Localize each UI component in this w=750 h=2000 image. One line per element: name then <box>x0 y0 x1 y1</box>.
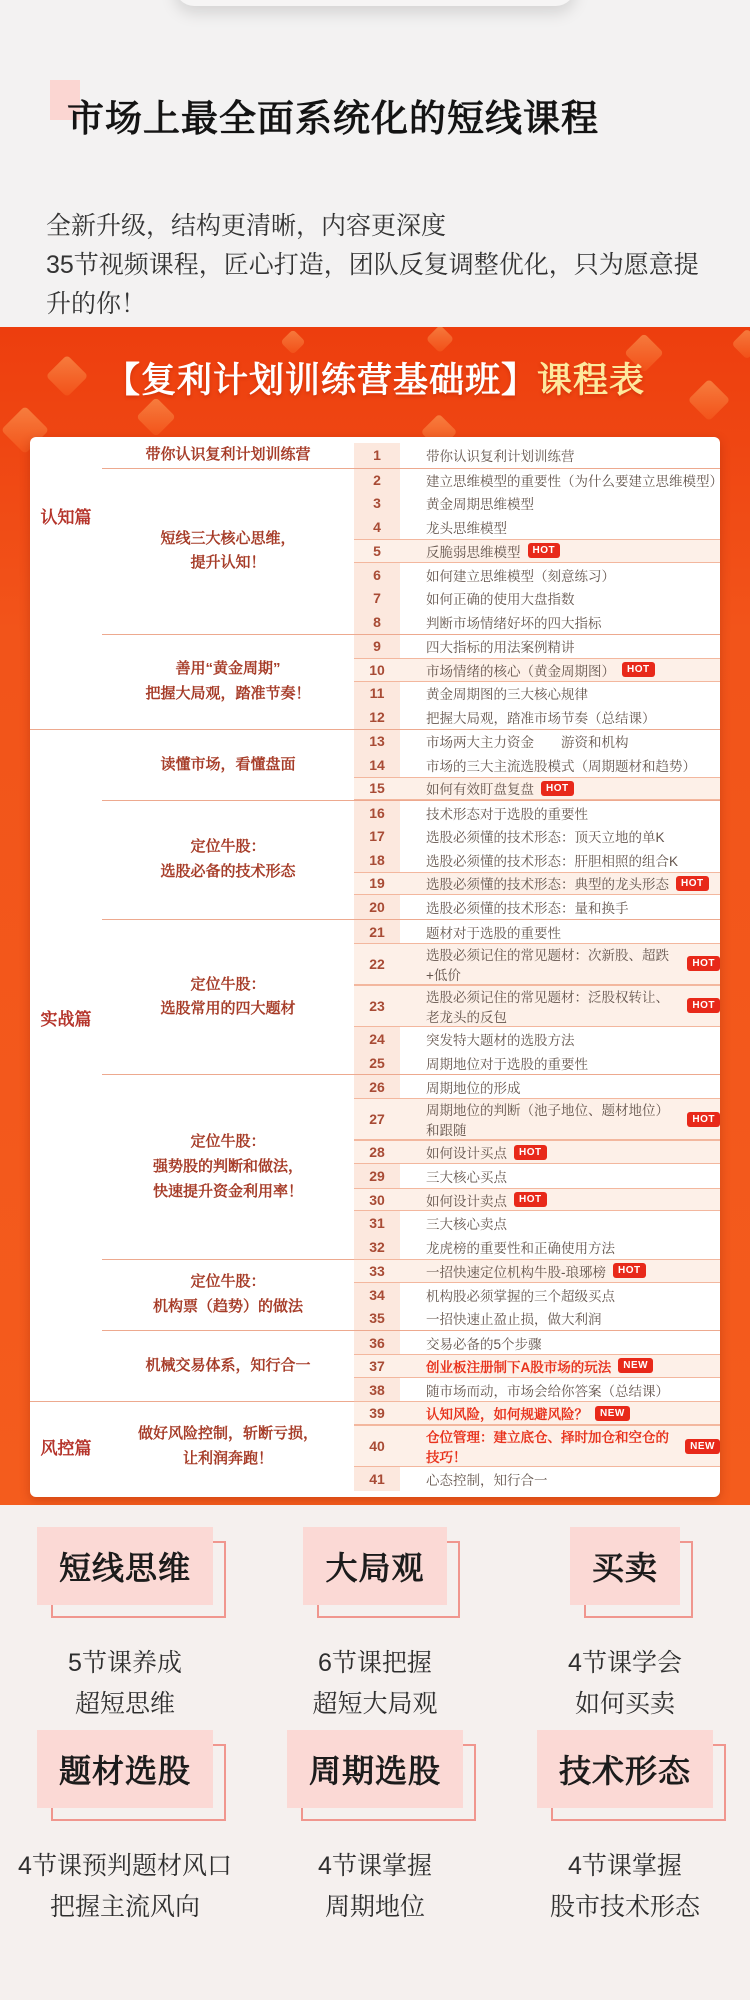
lesson-title: 如何正确的使用大盘指数 <box>426 588 575 608</box>
lesson-row: 仓位管理：建立底仓、择时加仓和空仓的技巧！NEW <box>400 1425 720 1467</box>
lesson-title: 建立思维模型的重要性（为什么要建立思维模型） <box>426 470 720 490</box>
lesson-title: 周期地位对于选股的重要性 <box>426 1053 588 1073</box>
lesson-title: 心态控制，知行合一 <box>426 1469 548 1489</box>
feature-badge-label: 周期选股 <box>287 1730 463 1808</box>
lesson-row: 建立思维模型的重要性（为什么要建立思维模型） <box>400 468 720 492</box>
feature-description: 4节课掌握周期地位 <box>318 1846 432 1927</box>
decor-cube <box>731 328 750 359</box>
lesson-number: 21 <box>354 919 400 943</box>
lesson-row: 选股必须懂的技术形态：顶天立地的单K <box>400 824 720 848</box>
lesson-row: 一招快速止盈止损，做大利润 <box>400 1306 720 1330</box>
lesson-title: 机构股必须掌握的三个超级买点 <box>426 1285 615 1305</box>
decor-cube <box>280 329 305 354</box>
lesson-title: 突发特大题材的选股方法 <box>426 1029 575 1049</box>
course-table-card: 认知篇实战篇风控篇带你认识复利计划训练营短线三大核心思维，提升认知！善用“黄金周… <box>30 437 720 1497</box>
lesson-number: 35 <box>354 1306 400 1330</box>
lesson-title: 认知风险，如何规避风险？ <box>426 1403 588 1423</box>
lesson-row: 周期地位的判断（池子地位、题材地位）和跟随HOT <box>400 1098 720 1140</box>
lesson-number: 3 <box>354 492 400 516</box>
subtitle-line-1: 全新升级，结构更清晰，内容更深度 <box>46 207 706 246</box>
feature-badge-label: 短线思维 <box>37 1527 213 1605</box>
lesson-row: 反脆弱思维模型HOT <box>400 539 720 563</box>
lesson-number: 1 <box>354 443 400 468</box>
lesson-row: 心态控制，知行合一 <box>400 1467 720 1491</box>
lesson-title: 把握大局观，踏准市场节奏（总结课） <box>426 707 656 727</box>
lesson-number: 27 <box>354 1098 400 1140</box>
lesson-number: 18 <box>354 848 400 872</box>
lesson-number: 25 <box>354 1051 400 1075</box>
lesson-title: 带你认识复利计划训练营 <box>426 445 575 465</box>
lesson-row: 带你认识复利计划训练营 <box>400 443 720 468</box>
subtitle-line-2: 35节视频课程，匠心打造，团队反复调整优化，只为愿意提升的你！ <box>46 246 706 324</box>
lesson-title: 创业板注册制下A股市场的玩法 <box>426 1356 611 1376</box>
lesson-number: 6 <box>354 563 400 587</box>
feature-badge-label: 大局观 <box>303 1527 446 1605</box>
feature-item: 大局观6节课把握超短大局观 <box>250 1527 500 1724</box>
feature-badge-label: 技术形态 <box>537 1730 713 1808</box>
feature-badge: 大局观 <box>303 1527 446 1605</box>
lesson-row: 如何有效盯盘复盘HOT <box>400 777 720 801</box>
lesson-title: 周期地位的形成 <box>426 1077 521 1097</box>
lesson-row: 三大核心买点 <box>400 1164 720 1188</box>
category-label: 认知篇 <box>30 443 102 729</box>
feature-badge: 短线思维 <box>37 1527 213 1605</box>
page-subtitle: 全新升级，结构更清晰，内容更深度 35节视频课程，匠心打造，团队反复调整优化，只… <box>46 207 706 323</box>
lesson-title: 龙头思维模型 <box>426 517 507 537</box>
lesson-number: 29 <box>354 1164 400 1188</box>
lesson-row: 市场情绪的核心（黄金周期图）HOT <box>400 658 720 682</box>
lesson-title: 判断市场情绪好坏的四大指标 <box>426 612 602 632</box>
lesson-row: 判断市场情绪好坏的四大指标 <box>400 610 720 634</box>
lesson-title: 选股必须懂的技术形态：肝胆相照的组合K <box>426 850 678 870</box>
lesson-title: 技术形态对于选股的重要性 <box>426 803 588 823</box>
lesson-row: 机构股必须掌握的三个超级买点 <box>400 1283 720 1307</box>
lesson-title: 周期地位的判断（池子地位、题材地位）和跟随 <box>426 1099 680 1139</box>
lesson-title: 如何有效盯盘复盘 <box>426 778 534 798</box>
lesson-row: 如何正确的使用大盘指数 <box>400 587 720 611</box>
lesson-row: 交易必备的5个步骤 <box>400 1330 720 1354</box>
lesson-title: 一招快速定位机构牛股-琅琊榜 <box>426 1261 606 1281</box>
hot-badge: HOT <box>514 1145 547 1160</box>
lesson-number: 26 <box>354 1074 400 1098</box>
feature-badge: 周期选股 <box>287 1730 463 1808</box>
lesson-number: 4 <box>354 515 400 539</box>
lesson-row: 市场两大主力资金 游资和机构 <box>400 729 720 753</box>
subcategory-label: 带你认识复利计划训练营 <box>102 443 354 468</box>
feature-badge: 买卖 <box>570 1527 680 1605</box>
lesson-title: 题材对于选股的重要性 <box>426 922 561 942</box>
lesson-number: 11 <box>354 682 400 706</box>
course-table-header: 【复利计划训练营基础班】课程表 <box>0 363 750 398</box>
lesson-number: 10 <box>354 658 400 682</box>
lesson-title: 随市场而动，市场会给你答案（总结课） <box>426 1380 669 1400</box>
lesson-number: 17 <box>354 824 400 848</box>
lesson-number: 16 <box>354 800 400 824</box>
lesson-title: 如何设计卖点 <box>426 1190 507 1210</box>
lesson-row: 认知风险，如何规避风险？NEW <box>400 1401 720 1425</box>
new-badge: NEW <box>685 1439 720 1454</box>
lesson-row: 把握大局观，踏准市场节奏（总结课） <box>400 705 720 729</box>
category-label: 风控篇 <box>30 1401 102 1491</box>
lesson-title: 选股必须懂的技术形态：顶天立地的单K <box>426 826 665 846</box>
feature-description: 4节课掌握股市技术形态 <box>550 1846 700 1927</box>
lesson-number: 40 <box>354 1425 400 1467</box>
feature-item: 买卖4节课学会如何买卖 <box>500 1527 750 1724</box>
lesson-number: 7 <box>354 587 400 611</box>
feature-badge-label: 买卖 <box>570 1527 680 1605</box>
lesson-row: 题材对于选股的重要性 <box>400 919 720 943</box>
feature-item: 题材选股4节课预判题材风口把握主流风向 <box>0 1730 250 1927</box>
lesson-number: 5 <box>354 539 400 563</box>
lesson-number: 39 <box>354 1401 400 1425</box>
lesson-row: 一招快速定位机构牛股-琅琊榜HOT <box>400 1259 720 1283</box>
lesson-number: 38 <box>354 1378 400 1402</box>
intro-section: 市场上最全面系统化的短线课程 全新升级，结构更清晰，内容更深度 35节视频课程，… <box>0 0 750 327</box>
lesson-number: 37 <box>354 1354 400 1378</box>
subcategory-label: 短线三大核心思维，提升认知！ <box>102 468 354 634</box>
new-badge: NEW <box>595 1406 630 1421</box>
lesson-number: 13 <box>354 729 400 753</box>
lesson-number: 28 <box>354 1140 400 1164</box>
lesson-row: 如何建立思维模型（刻意练习） <box>400 563 720 587</box>
lesson-title: 选股必须懂的技术形态：典型的龙头形态 <box>426 873 669 893</box>
subcategory-label: 善用“黄金周期”把握大局观，踏准节奏！ <box>102 634 354 729</box>
lesson-number: 32 <box>354 1235 400 1259</box>
feature-description: 6节课把握超短大局观 <box>312 1643 437 1724</box>
lesson-row: 选股必须记住的常见题材：泛股权转让、老龙头的反包HOT <box>400 985 720 1027</box>
lesson-title: 黄金周期思维模型 <box>426 493 534 513</box>
lesson-title: 一招快速止盈止损，做大利润 <box>426 1308 602 1328</box>
lesson-row: 创业板注册制下A股市场的玩法NEW <box>400 1354 720 1378</box>
lesson-title: 如何建立思维模型（刻意练习） <box>426 565 615 585</box>
category-label: 实战篇 <box>30 729 102 1401</box>
subcategory-label: 机械交易体系，知行合一 <box>102 1330 354 1401</box>
feature-description: 4节课预判题材风口把握主流风向 <box>18 1846 232 1927</box>
decor-cube <box>136 397 176 437</box>
lesson-number: 12 <box>354 705 400 729</box>
hot-badge: HOT <box>514 1192 547 1207</box>
lesson-title: 选股必须记住的常见题材：次新股、超跌+低价 <box>426 944 680 984</box>
feature-badge-label: 题材选股 <box>37 1730 213 1808</box>
lesson-number: 8 <box>354 610 400 634</box>
lesson-row: 周期地位对于选股的重要性 <box>400 1051 720 1075</box>
course-table: 认知篇实战篇风控篇带你认识复利计划训练营短线三大核心思维，提升认知！善用“黄金周… <box>30 443 720 1491</box>
lesson-title: 龙虎榜的重要性和正确使用方法 <box>426 1237 615 1257</box>
subcategory-label: 做好风险控制，斩断亏损，让利润奔跑！ <box>102 1401 354 1491</box>
lesson-row: 突发特大题材的选股方法 <box>400 1027 720 1051</box>
new-badge: NEW <box>618 1358 653 1373</box>
lesson-title: 市场的三大主流选股模式（周期题材和趋势） <box>426 755 696 775</box>
lesson-number: 22 <box>354 943 400 985</box>
lesson-title: 反脆弱思维模型 <box>426 541 521 561</box>
lesson-row: 技术形态对于选股的重要性 <box>400 800 720 824</box>
feature-description: 4节课学会如何买卖 <box>568 1643 682 1724</box>
feature-item: 周期选股4节课掌握周期地位 <box>250 1730 500 1927</box>
page-title: 市场上最全面系统化的短线课程 <box>67 88 599 142</box>
lesson-title: 交易必备的5个步骤 <box>426 1333 542 1353</box>
course-section: 【复利计划训练营基础班】课程表 认知篇实战篇风控篇带你认识复利计划训练营短线三大… <box>0 327 750 1505</box>
lesson-title: 三大核心卖点 <box>426 1213 507 1233</box>
subcategory-label: 定位牛股：选股必备的技术形态 <box>102 800 354 919</box>
lesson-title: 选股必须懂的技术形态：量和换手 <box>426 897 629 917</box>
feature-item: 技术形态4节课掌握股市技术形态 <box>500 1730 750 1927</box>
lesson-number: 15 <box>354 777 400 801</box>
lesson-title: 四大指标的用法案例精讲 <box>426 636 575 656</box>
hot-badge: HOT <box>528 543 561 558</box>
lesson-number: 33 <box>354 1259 400 1283</box>
lesson-row: 龙虎榜的重要性和正确使用方法 <box>400 1235 720 1259</box>
feature-item: 短线思维5节课养成超短思维 <box>0 1527 250 1724</box>
lesson-row: 选股必须懂的技术形态：肝胆相照的组合K <box>400 848 720 872</box>
lesson-number: 30 <box>354 1188 400 1212</box>
lesson-row: 黄金周期图的三大核心规律 <box>400 682 720 706</box>
lesson-number: 20 <box>354 895 400 919</box>
hot-badge: HOT <box>622 662 655 677</box>
hot-badge: HOT <box>676 876 709 891</box>
lesson-row: 如何设计卖点HOT <box>400 1188 720 1212</box>
lesson-row: 四大指标的用法案例精讲 <box>400 634 720 658</box>
lesson-row: 黄金周期思维模型 <box>400 492 720 516</box>
lesson-number: 36 <box>354 1330 400 1354</box>
lesson-row: 随市场而动，市场会给你答案（总结课） <box>400 1378 720 1402</box>
subcategory-label: 定位牛股：选股常用的四大题材 <box>102 919 354 1074</box>
lesson-title: 黄金周期图的三大核心规律 <box>426 683 588 703</box>
feature-badge: 题材选股 <box>37 1730 213 1808</box>
lesson-row: 如何设计买点HOT <box>400 1140 720 1164</box>
lesson-title: 三大核心买点 <box>426 1166 507 1186</box>
hot-badge: HOT <box>541 781 574 796</box>
lesson-number: 2 <box>354 468 400 492</box>
lesson-row: 选股必须懂的技术形态：量和换手 <box>400 895 720 919</box>
feature-badge: 技术形态 <box>537 1730 713 1808</box>
subcategory-label: 读懂市场，看懂盘面 <box>102 729 354 800</box>
hot-badge: HOT <box>687 998 720 1013</box>
subcategory-label: 定位牛股：机构票（趋势）的做法 <box>102 1259 354 1330</box>
lesson-number: 41 <box>354 1467 400 1491</box>
features-grid: 短线思维5节课养成超短思维大局观6节课把握超短大局观买卖4节课学会如何买卖题材选… <box>0 1527 750 1927</box>
hot-badge: HOT <box>687 956 720 971</box>
feature-description: 5节课养成超短思维 <box>68 1643 182 1724</box>
hot-badge: HOT <box>687 1112 720 1127</box>
lesson-title: 市场两大主力资金 游资和机构 <box>426 731 629 751</box>
features-section: 短线思维5节课养成超短思维大局观6节课把握超短大局观买卖4节课学会如何买卖题材选… <box>0 1505 750 2000</box>
lesson-number: 19 <box>354 872 400 896</box>
lesson-row: 龙头思维模型 <box>400 515 720 539</box>
lesson-title: 如何设计买点 <box>426 1142 507 1162</box>
lesson-number: 14 <box>354 753 400 777</box>
subcategory-label: 定位牛股：强势股的判断和做法，快速提升资金利用率！ <box>102 1074 354 1259</box>
lesson-title: 仓位管理：建立底仓、择时加仓和空仓的技巧！ <box>426 1426 678 1466</box>
lesson-number: 23 <box>354 985 400 1027</box>
lesson-number: 24 <box>354 1027 400 1051</box>
decor-cube <box>426 327 454 353</box>
lesson-number: 31 <box>354 1211 400 1235</box>
lesson-row: 选股必须记住的常见题材：次新股、超跌+低价HOT <box>400 943 720 985</box>
lesson-row: 周期地位的形成 <box>400 1074 720 1098</box>
lesson-number: 34 <box>354 1283 400 1307</box>
lesson-title: 市场情绪的核心（黄金周期图） <box>426 660 615 680</box>
lesson-row: 选股必须懂的技术形态：典型的龙头形态HOT <box>400 872 720 896</box>
lesson-row: 三大核心卖点 <box>400 1211 720 1235</box>
lesson-title: 选股必须记住的常见题材：泛股权转让、老龙头的反包 <box>426 986 680 1026</box>
course-header-suffix: 课程表 <box>537 361 645 400</box>
top-card-shadow <box>175 0 575 6</box>
lesson-number: 9 <box>354 634 400 658</box>
lesson-row: 市场的三大主流选股模式（周期题材和趋势） <box>400 753 720 777</box>
hot-badge: HOT <box>613 1263 646 1278</box>
course-header-main: 【复利计划训练营基础班】 <box>105 361 537 400</box>
